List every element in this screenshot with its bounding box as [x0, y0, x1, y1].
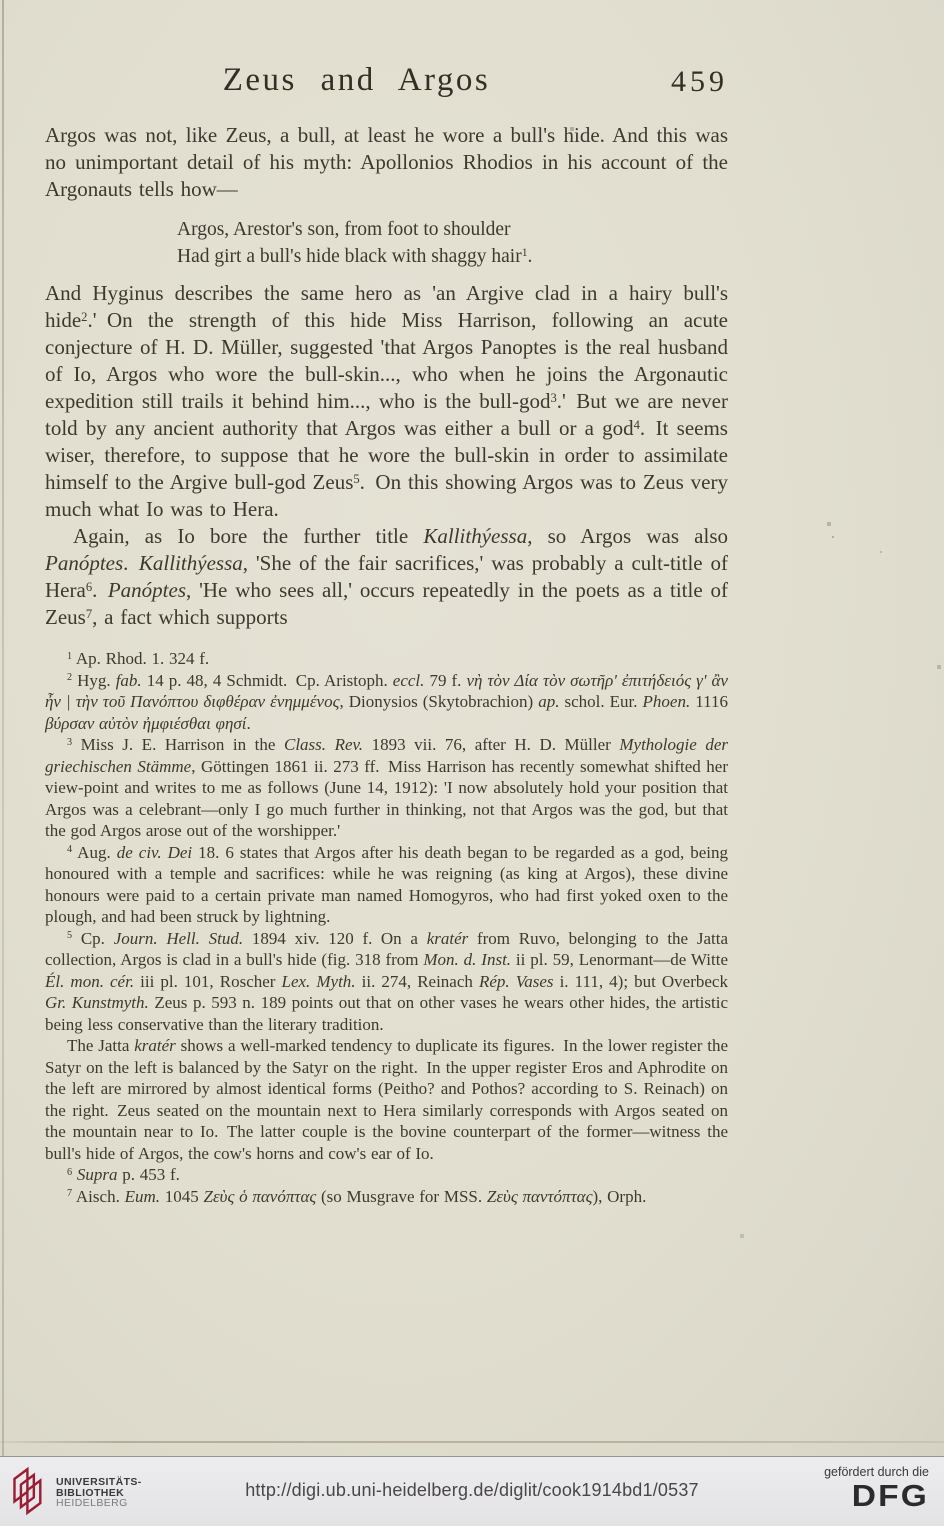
- footnote-5: 5 Cp. Journ. Hell. Stud. 1894 xiv. 120 f…: [45, 928, 728, 1036]
- verse-line-2: Had girt a bull's hide black with shaggy…: [177, 243, 728, 270]
- verse-quote: Argos, Arestor's son, from foot to shoul…: [177, 216, 728, 270]
- scanned-page-viewport: Zeus and Argos 459 Argos was not, like Z…: [0, 0, 944, 1526]
- funding-note: gefördert durch die: [824, 1465, 929, 1479]
- footnote-1: 1 Ap. Rhod. 1. 324 f.: [45, 648, 728, 670]
- page-number: 459: [671, 65, 728, 99]
- footnote-7: 7 Aisch. Eum. 1045 Ζεὺς ὁ πανόπτας (so M…: [45, 1186, 728, 1208]
- source-url: http://digi.ub.uni-heidelberg.de/diglit/…: [0, 1480, 944, 1501]
- dfg-logo: DFG: [816, 1481, 929, 1511]
- funding-credit: gefördert durch die DFG: [824, 1465, 929, 1511]
- verse-line-1: Argos, Arestor's son, from foot to shoul…: [177, 216, 728, 243]
- footnote-5-continued: The Jatta kratér shows a well-marked ten…: [45, 1035, 728, 1164]
- footnote-2: 2 Hyg. fab. 14 p. 48, 4 Schmidt. Cp. Ari…: [45, 670, 728, 735]
- page-header: Zeus and Argos 459: [45, 62, 728, 106]
- footnote-4: 4 Aug. de civ. Dei 18. 6 states that Arg…: [45, 842, 728, 928]
- footnotes-section: 1 Ap. Rhod. 1. 324 f. 2 Hyg. fab. 14 p. …: [45, 648, 728, 1207]
- footnote-6: 6 Supra p. 453 f.: [45, 1164, 728, 1186]
- footnote-3: 3 Miss J. E. Harrison in the Class. Rev.…: [45, 734, 728, 842]
- paper-specks: [0, 0, 2, 2]
- book-page-scan: Zeus and Argos 459 Argos was not, like Z…: [0, 0, 944, 1457]
- digitization-footer: UNIVERSITÄTS- BIBLIOTHEK HEIDELBERG http…: [0, 1456, 944, 1526]
- paragraph-intro: Argos was not, like Zeus, a bull, at lea…: [45, 122, 728, 203]
- page-content: Zeus and Argos 459 Argos was not, like Z…: [45, 0, 728, 1207]
- page-bottom-edge: [0, 1441, 944, 1443]
- paragraph-kallithyessa: Again, as Io bore the further title Kall…: [45, 523, 728, 631]
- page-title: Zeus and Argos: [15, 62, 698, 99]
- paragraph-hyginus: And Hyginus describes the same hero as '…: [45, 280, 728, 523]
